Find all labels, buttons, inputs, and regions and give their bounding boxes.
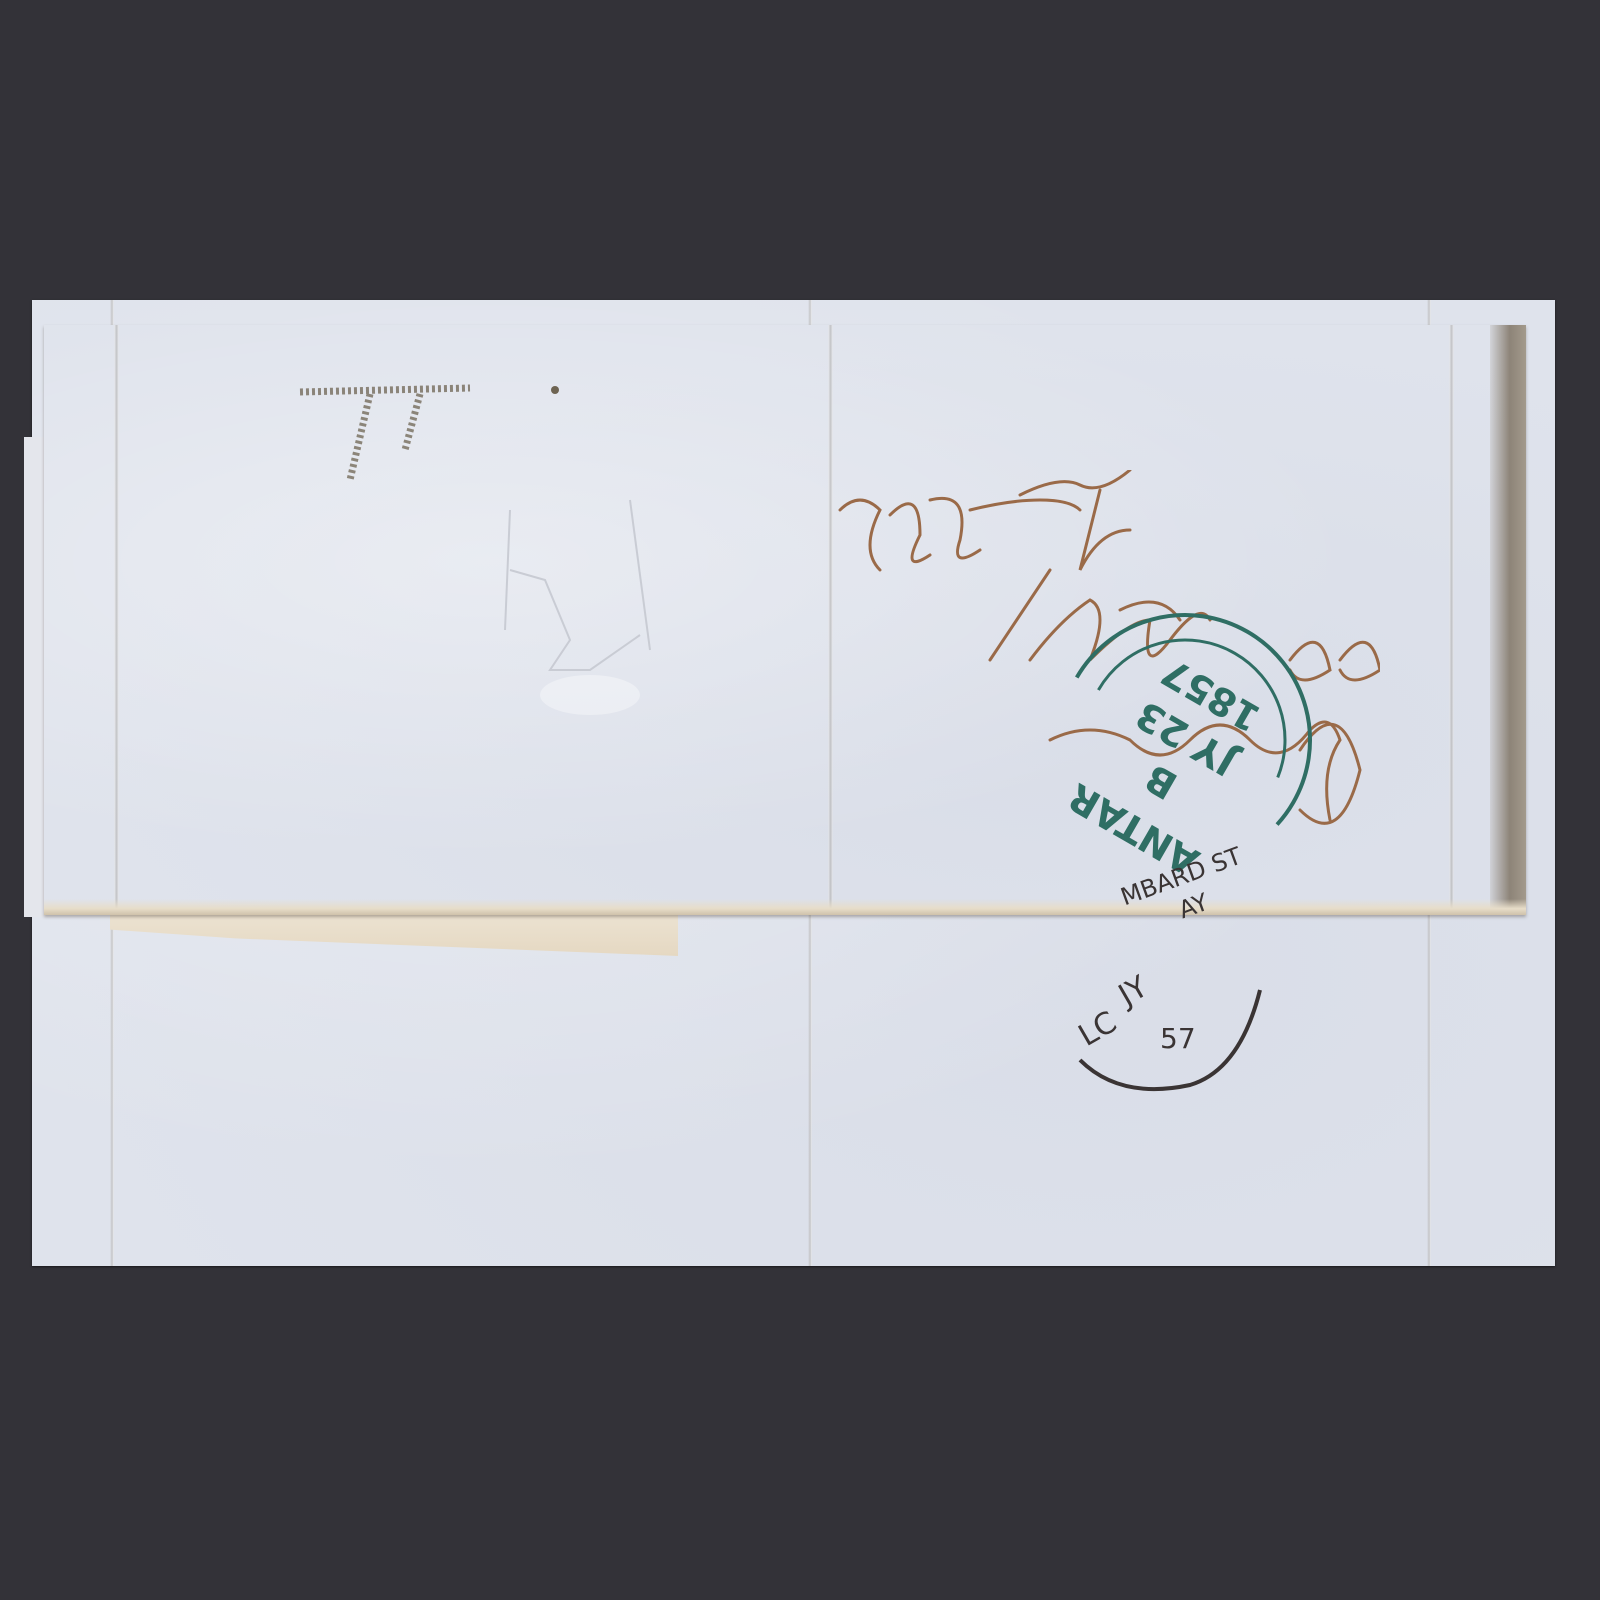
letter-front-flap <box>44 325 1526 915</box>
flap-left-fold <box>114 325 119 915</box>
flap-vertical-fold <box>828 325 833 915</box>
soiled-flap-edge <box>1490 325 1526 915</box>
flap-bottom-edge <box>44 899 1526 915</box>
flap-right-fold <box>1449 325 1454 915</box>
